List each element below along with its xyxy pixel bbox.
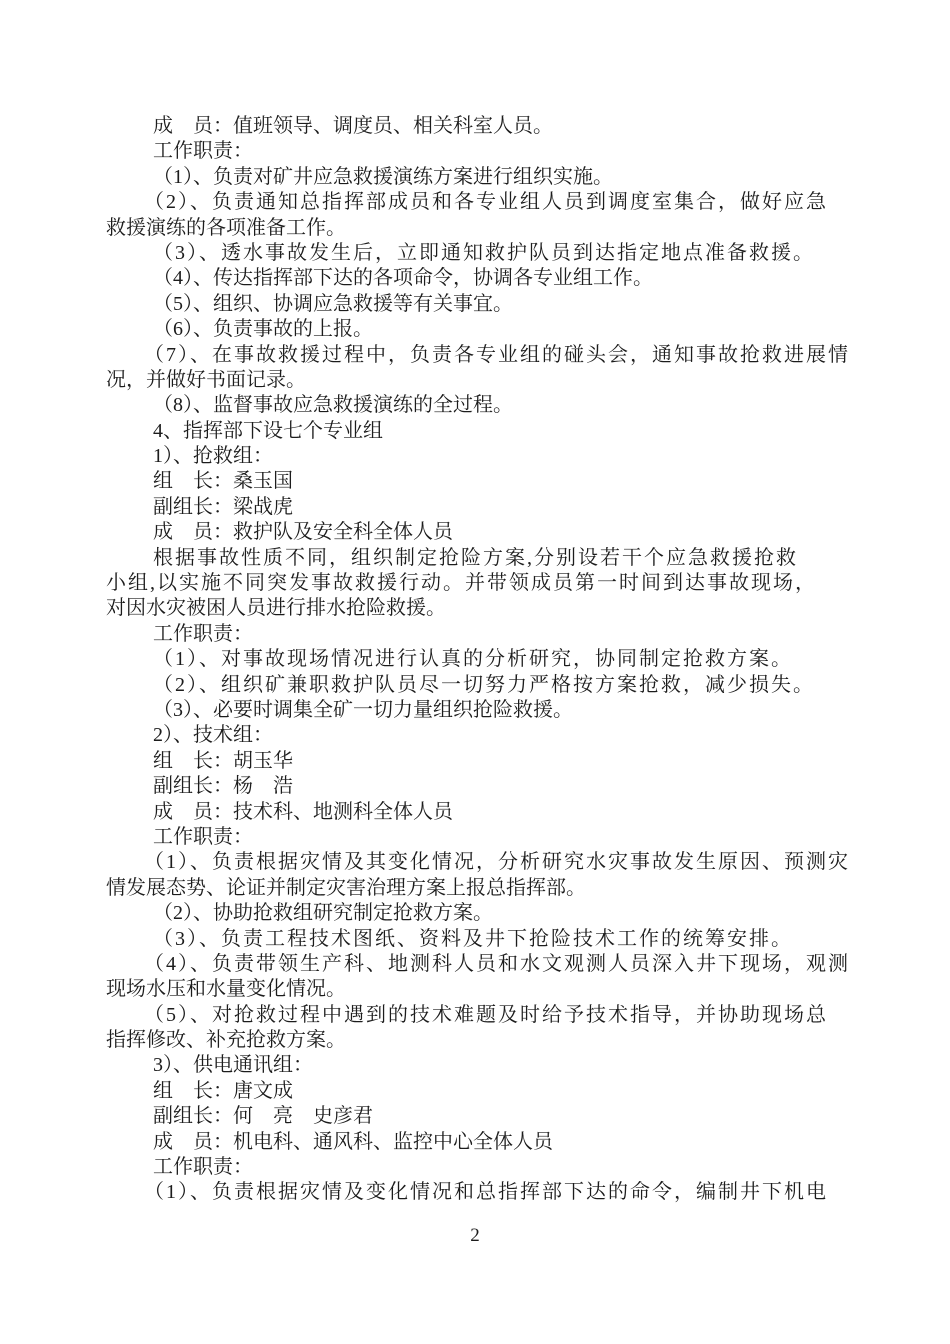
text-line: 成 员：救护队及安全科全体人员 [106, 520, 844, 545]
text-line: 2）、技术组： [106, 723, 844, 748]
text-line: （1）、负责根据灾情及其变化情况，分析研究水灾事故发生原因、预测灾 [106, 850, 844, 875]
text-line: 成 员：值班领导、调度员、相关科室人员。 [106, 114, 844, 139]
page-number: 2 [106, 1224, 844, 1248]
text-line: 小组,以实施不同突发事故救援行动。并带领成员第一时间到达事故现场， [106, 571, 844, 596]
text-line: 组 长：胡玉华 [106, 749, 844, 774]
document-body: 成 员：值班领导、调度员、相关科室人员。 工作职责： （1）、负责对矿井应急救援… [106, 114, 844, 1206]
text-line: 情发展态势、论证并制定灾害治理方案上报总指挥部。 [106, 876, 844, 901]
text-line: 成 员：机电科、通风科、监控中心全体人员 [106, 1130, 844, 1155]
document-page: 成 员：值班领导、调度员、相关科室人员。 工作职责： （1）、负责对矿井应急救援… [0, 0, 950, 1344]
text-line: 工作职责： [106, 622, 844, 647]
text-line: （2）、组织矿兼职救护队员尽一切努力严格按方案抢救，减少损失。 [106, 673, 844, 698]
text-line: （2）、负责通知总指挥部成员和各专业组人员到调度室集合，做好应急 [106, 190, 844, 215]
text-line: （4）、传达指挥部下达的各项命令，协调各专业组工作。 [106, 266, 844, 291]
text-line: （7）、在事故救援过程中，负责各专业组的碰头会，通知事故抢救进展情 [106, 343, 844, 368]
text-line: 副组长：杨 浩 [106, 774, 844, 799]
text-line: 成 员：技术科、地测科全体人员 [106, 800, 844, 825]
text-line: （1）、负责对矿井应急救援演练方案进行组织实施。 [106, 165, 844, 190]
text-line: 1）、抢救组： [106, 444, 844, 469]
text-line: 组 长：唐文成 [106, 1079, 844, 1104]
text-line: （3）、透水事故发生后，立即通知救护队员到达指定地点准备救援。 [106, 241, 844, 266]
text-line: 工作职责： [106, 139, 844, 164]
text-line: 工作职责： [106, 825, 844, 850]
text-line: 现场水压和水量变化情况。 [106, 977, 844, 1002]
text-line: （3）、负责工程技术图纸、资料及井下抢险技术工作的统筹安排。 [106, 927, 844, 952]
text-line: （1）、负责根据灾情及变化情况和总指挥部下达的命令，编制井下机电 [106, 1180, 844, 1205]
text-line: 4、指挥部下设七个专业组 [106, 419, 844, 444]
text-line: （8）、监督事故应急救援演练的全过程。 [106, 393, 844, 418]
text-line: （3）、必要时调集全矿一切力量组织抢险救援。 [106, 698, 844, 723]
text-line: 副组长：何 亮 史彦君 [106, 1104, 844, 1129]
text-line: 根据事故性质不同，组织制定抢险方案,分别设若干个应急救援抢救 [106, 546, 844, 571]
text-line: （4）、负责带领生产科、地测科人员和水文观测人员深入井下现场，观测 [106, 952, 844, 977]
text-line: （5）、组织、协调应急救援等有关事宜。 [106, 292, 844, 317]
text-line: 对因水灾被困人员进行排水抢险救援。 [106, 596, 844, 621]
text-line: 救援演练的各项准备工作。 [106, 216, 844, 241]
text-line: 况，并做好书面记录。 [106, 368, 844, 393]
text-line: 3）、供电通讯组： [106, 1053, 844, 1078]
text-line: （2）、协助抢救组研究制定抢救方案。 [106, 901, 844, 926]
text-line: 组 长：桑玉国 [106, 469, 844, 494]
text-line: 指挥修改、补充抢救方案。 [106, 1028, 844, 1053]
text-line: （1）、对事故现场情况进行认真的分析研究，协同制定抢救方案。 [106, 647, 844, 672]
text-line: 工作职责： [106, 1155, 844, 1180]
text-line: （6）、负责事故的上报。 [106, 317, 844, 342]
text-line: （5）、对抢救过程中遇到的技术难题及时给予技术指导，并协助现场总 [106, 1003, 844, 1028]
text-line: 副组长：梁战虎 [106, 495, 844, 520]
